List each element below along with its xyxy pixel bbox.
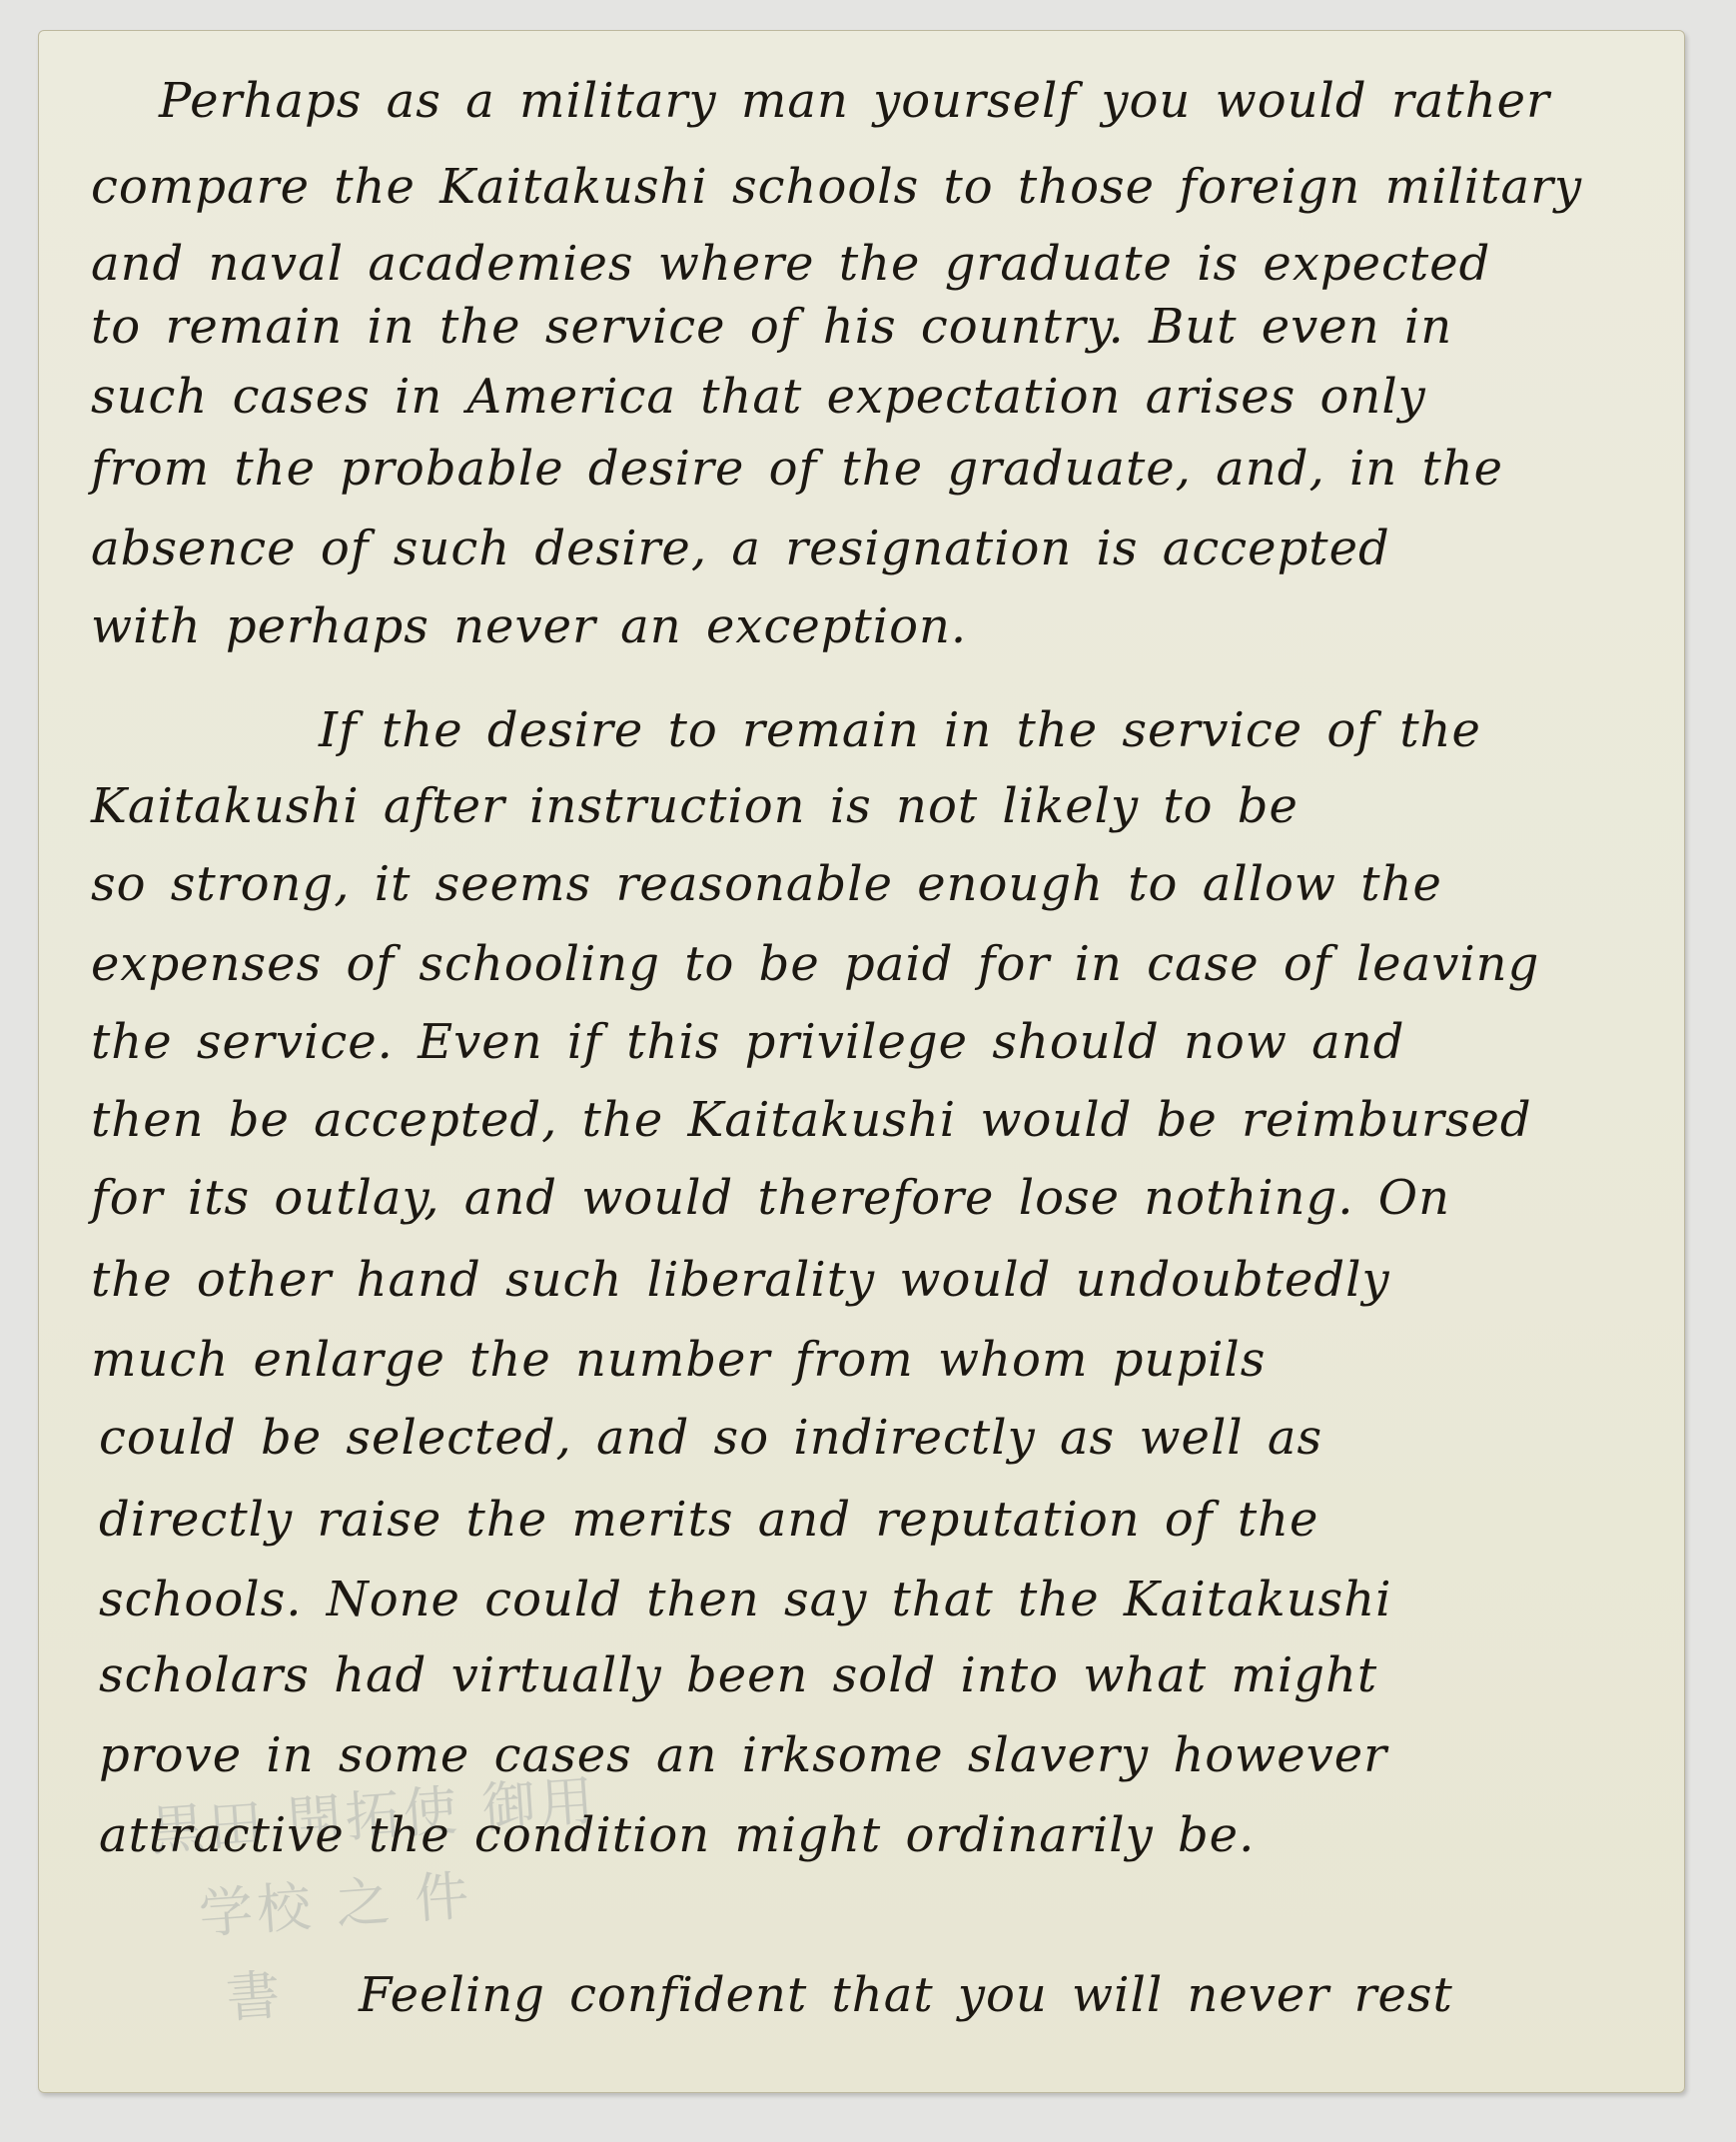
faint-japanese-annotation: 黒田 開拓使 御用 学校 之 件 書 (148, 1750, 729, 2118)
text-line: Kaitakushi after instruction is not like… (91, 778, 1684, 834)
text-line: directly raise the merits and reputation… (99, 1492, 1684, 1548)
text-line: attractive the condition might ordinaril… (99, 1807, 1684, 1863)
text-line: with perhaps never an exception. (91, 598, 1684, 654)
text-line: compare the Kaitakushi schools to those … (91, 159, 1684, 215)
text-line: could be selected, and so indirectly as … (99, 1410, 1684, 1466)
text-line: then be accepted, the Kaitakushi would b… (91, 1092, 1684, 1148)
text-line: for its outlay, and would therefore lose… (91, 1170, 1684, 1226)
text-line: the service. Even if this privilege shou… (91, 1014, 1684, 1070)
text-line: prove in some cases an irksome slavery h… (99, 1727, 1684, 1783)
text-line: absence of such desire, a resignation is… (91, 521, 1684, 576)
text-line: Feeling confident that you will never re… (359, 1967, 1684, 2023)
text-line: Perhaps as a military man yourself you w… (159, 73, 1684, 129)
text-line: such cases in America that expectation a… (91, 369, 1684, 425)
text-line: and naval academies where the graduate i… (91, 236, 1684, 292)
text-line: much enlarge the number from whom pupils (91, 1332, 1684, 1388)
text-line: the other hand such liberality would und… (91, 1252, 1684, 1308)
text-line: scholars had virtually been sold into wh… (99, 1647, 1684, 1703)
text-line: schools. None could then say that the Ka… (99, 1572, 1684, 1627)
text-line: to remain in the service of his country.… (91, 299, 1684, 355)
text-line: If the desire to remain in the service o… (319, 702, 1684, 758)
letter-page: 黒田 開拓使 御用 学校 之 件 書 Perhaps as a military… (38, 30, 1685, 2093)
text-line: so strong, it seems reasonable enough to… (91, 856, 1684, 912)
text-line: from the probable desire of the graduate… (91, 441, 1684, 497)
text-line: expenses of schooling to be paid for in … (91, 936, 1684, 992)
